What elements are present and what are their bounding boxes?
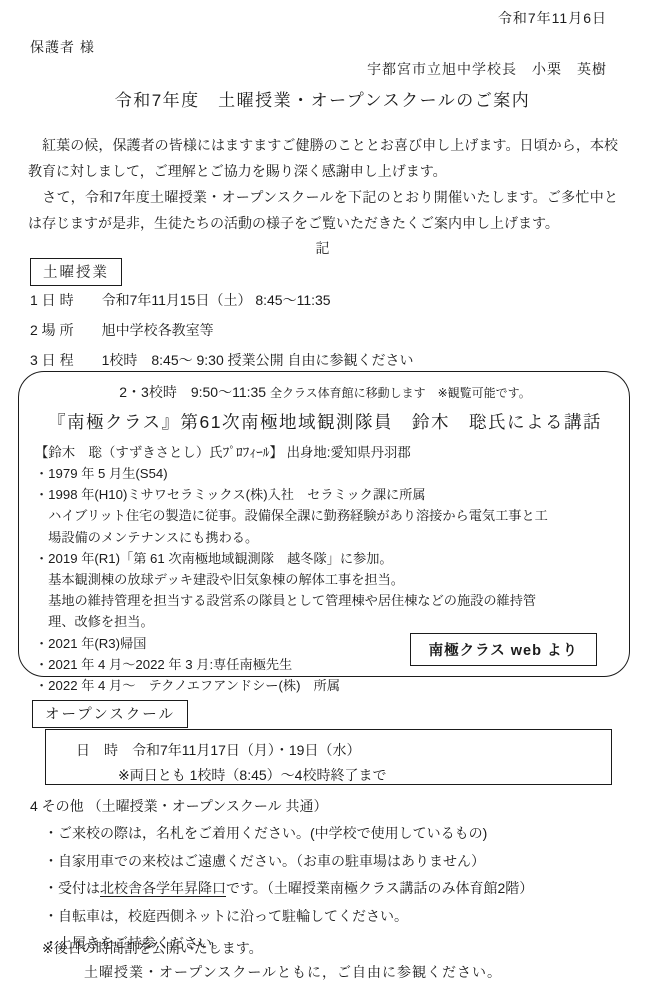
profile-line: ・2022 年 4 月～ テクノエフアンドシー(株) 所属 <box>35 675 615 696</box>
document-page: 令和7年11月6日 保護者 様 宇都宮市立旭中学校長 小栗 英樹 令和7年度 土… <box>0 0 645 995</box>
bullet-reception: ・受付は北校舎各学年昇降口です。（土曜授業南極クラス講話のみ体育館2階） <box>44 875 619 903</box>
profile-line: 理、改修を担当。 <box>35 611 615 632</box>
open-school-datetime-note: ※両日とも 1校時（8:45）～4校時終了まで <box>76 763 611 788</box>
bullet-bicycle: ・自転車は，校庭西側ネットに沿って駐輪してください。 <box>44 903 619 931</box>
saturday-item-datetime: 1 日 時 令和7年11月15日（土） 8:45～11:35 <box>30 290 610 310</box>
profile-line: ハイブリット住宅の製造に従事。設備保全課に勤務経験があり溶接から電気工事と工 <box>35 505 615 526</box>
profile-line: ・2019 年(R1)「第 61 次南極地域観測隊 越冬隊」に参加。 <box>35 548 615 569</box>
open-school-datetime: 日 時 令和7年11月17日（月）・19日（水） <box>76 738 611 763</box>
lecture-title: 『南極クラス』第61次南極地域観測隊員 鈴木 聡氏による講話 <box>35 409 615 434</box>
saturday-item-place: 2 場 所 旭中学校各教室等 <box>30 320 610 340</box>
lecture-schedule-line: 2・3校時 9:50～11:35 全クラス体育館に移動します ※観覧可能です。 <box>35 382 615 402</box>
bullet-no-car: ・自家用車での来校はご遠慮ください。（お車の駐車場はありません） <box>44 848 619 876</box>
lecture-schedule-time: 2・3校時 9:50～11:35 <box>119 384 270 400</box>
profile-line: 基地の維持管理を担当する設営系の隊員として管理棟や居住棟などの施設の維持管 <box>35 590 615 611</box>
recipient-line: 保護者 様 <box>30 37 95 57</box>
profile-line: 場設備のメンテナンスにも携わる。 <box>35 527 615 548</box>
issue-date: 令和7年11月6日 <box>498 8 607 28</box>
bullet-name-tag: ・ご来校の際は，名札をご着用ください。(中学校で使用しているもの) <box>44 820 619 848</box>
greeting-paragraphs: 紅葉の候，保護者の皆様にはますますご健勝のこととお喜び申し上げます。日頃から，本… <box>28 132 618 236</box>
profile-line: ・1979 年 5 月生(S54) <box>35 463 615 484</box>
footer-visit-note: 土曜授業・オープンスクールともに，ご自由に参観ください。 <box>84 962 502 982</box>
antarctic-lecture-box: 2・3校時 9:50～11:35 全クラス体育館に移動します ※観覧可能です。 … <box>18 371 630 677</box>
reception-location-underlined: 北校舎各学年昇降口 <box>100 880 226 896</box>
saturday-item-schedule: 3 日 程 1校時 8:45～ 9:30 授業公開 自由に参観ください <box>30 350 610 370</box>
open-school-section-label: オープンスクール <box>32 700 188 728</box>
document-title: 令和7年度 土曜授業・オープンスクールのご案内 <box>0 86 645 111</box>
reception-suffix: です。（土曜授業南極クラス講話のみ体育館2階） <box>226 880 533 896</box>
lecture-schedule-note: 全クラス体育館に移動します ※観覧可能です。 <box>270 386 531 400</box>
others-section-heading: 4 その他 （土曜授業・オープンスクール 共通） <box>30 796 328 816</box>
saturday-class-items: 1 日 時 令和7年11月15日（土） 8:45～11:35 2 場 所 旭中学… <box>30 290 610 380</box>
profile-line: 基本観測棟の放球デッキ建設や旧気象棟の解体工事を担当。 <box>35 569 615 590</box>
greeting-paragraph-1: 紅葉の候，保護者の皆様にはますますご健勝のこととお喜び申し上げます。日頃から，本… <box>28 132 618 184</box>
ki-marker: 記 <box>0 238 645 258</box>
footer-timetable-note: ※後日の時間割を公開いたします。 <box>42 938 263 958</box>
sender-line: 宇都宮市立旭中学校長 小栗 英樹 <box>367 59 607 79</box>
others-bullet-list: ・ご来校の際は，名札をご着用ください。(中学校で使用しているもの) ・自家用車で… <box>44 820 619 958</box>
reception-prefix: ・受付は <box>44 880 100 896</box>
greeting-paragraph-2: さて，令和7年度土曜授業・オープンスクールを下記のとおり開催いたします。ご多忙中… <box>28 184 618 236</box>
open-school-datetime-box: 日 時 令和7年11月17日（月）・19日（水） ※両日とも 1校時（8:45）… <box>45 729 612 785</box>
saturday-class-section-label: 土曜授業 <box>30 258 122 286</box>
speaker-profile-header: 【鈴木 聡（すずきさとし）氏ﾌﾟﾛﾌｨｰﾙ】 出身地:愛知県丹羽郡 <box>35 442 615 461</box>
profile-line: ・1998 年(H10)ミサワセラミックス(株)入社 セラミック課に所属 <box>35 484 615 505</box>
source-note-box: 南極クラス web より <box>410 633 597 666</box>
